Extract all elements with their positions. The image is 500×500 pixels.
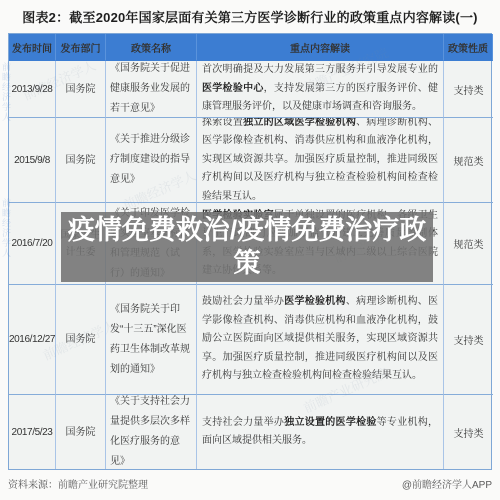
cell-nature: 支持类 (444, 61, 493, 118)
cell-policy: 《国务院关于促进健康服务业发展的若干意见》 (106, 61, 197, 118)
cell-dept: 国务院 (56, 61, 106, 118)
cell-content: 探索设置独立的区域医学检验机构、病理诊断机构、医学影像检查机构、消毒供应机构和血… (197, 118, 444, 203)
cell-dept: 国务院 (56, 395, 106, 469)
column-header-policy: 政策名称 (106, 34, 197, 61)
column-header-date: 发布时间 (9, 34, 56, 61)
cell-date: 2015/9/8 (9, 118, 56, 203)
content-text: 首次明确提及大力发展第三方服务并引导发展专业的医学检验中心，支持发展第三方的医疗… (202, 61, 438, 117)
policy-name: 《国务院关于印发“十三五”深化医药卫生体制改革规划的通知》 (110, 300, 192, 380)
figure-title: 图表2：截至2020年国家层面有关第三方医学诊断行业的政策重点内容解读(一) (0, 7, 500, 26)
column-header-content: 重点内容解读 (197, 34, 444, 61)
cell-nature: 规范类 (444, 118, 493, 203)
cell-content: 鼓励社会力量举办医学检验机构、病理诊断机构、医学影像检查机构、消毒供应机构和血液… (197, 285, 444, 395)
policy-name: 《关于推进分级诊疗制度建设的指导意见》 (110, 130, 192, 190)
cell-policy: 《国务院关于印发“十三五”深化医药卫生体制改革规划的通知》 (106, 285, 197, 395)
content-text: 鼓励社会力量举办医学检验机构、病理诊断机构、医学影像检查机构、消毒供应机构和血液… (202, 293, 438, 386)
cell-date: 2013/9/28 (9, 61, 56, 118)
overlay-banner: 疫情免费救治/疫情免费治疗政策 (61, 212, 433, 282)
cell-nature: 规范类 (444, 203, 493, 285)
cell-nature: 支持类 (444, 285, 493, 395)
data-source-note: 资料来源：前瞻产业研究院整理 (8, 476, 148, 491)
cell-policy: 《关于推进分级诊疗制度建设的指导意见》 (106, 118, 197, 203)
policy-name: 《国务院关于促进健康服务业发展的若干意见》 (110, 61, 192, 118)
cell-policy: 《关于支持社会力量提供多层次多样化医疗服务的意见》 (106, 395, 197, 469)
cell-dept: 国务院 (56, 118, 106, 203)
cell-content: 支持社会力量举办独立设置的医学检验等专业机构，面向区域提供相关服务。 (197, 395, 444, 469)
content-text: 探索设置独立的区域医学检验机构、病理诊断机构、医学影像检查机构、消毒供应机构和血… (202, 118, 438, 203)
cell-date: 2016/12/27 (9, 285, 56, 395)
column-header-nature: 政策性质 (444, 34, 493, 61)
cell-date: 2016/7/20 (9, 203, 56, 285)
cell-content: 首次明确提及大力发展第三方服务并引导发展专业的医学检验中心，支持发展第三方的医疗… (197, 61, 444, 118)
cell-dept: 国务院 (56, 285, 106, 395)
content-text: 支持社会力量举办独立设置的医学检验等专业机构，面向区域提供相关服务。 (202, 414, 438, 451)
cell-date: 2017/5/23 (9, 395, 56, 469)
brand-credit: @前瞻经济学人APP (402, 476, 492, 491)
column-header-dept: 发布部门 (56, 34, 106, 61)
policy-name: 《关于支持社会力量提供多层次多样化医疗服务的意见》 (110, 395, 192, 469)
cell-nature: 支持类 (444, 395, 493, 469)
